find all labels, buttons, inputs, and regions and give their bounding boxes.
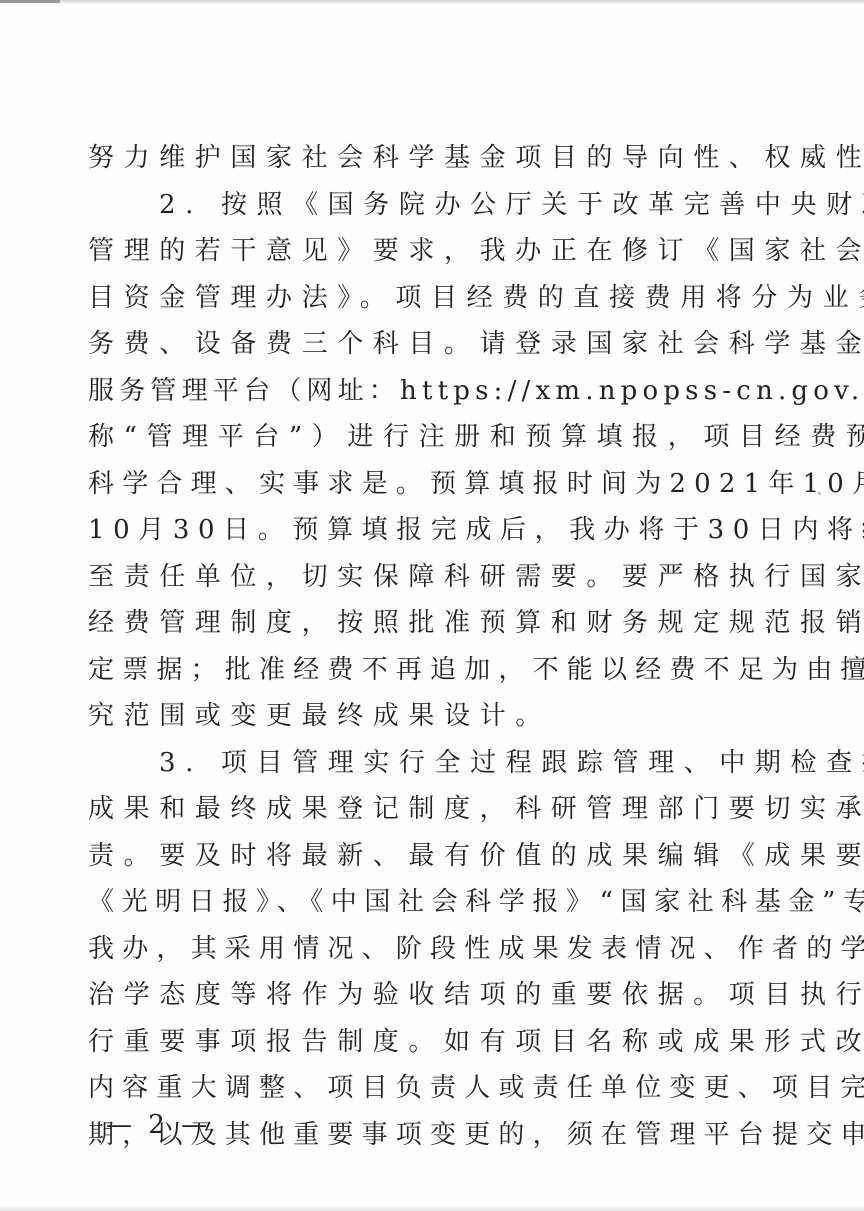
document-page: 努力维护国家社会科学基金项目的导向性、权威性和示范性。 2. 按照《国务院办公厅…	[0, 0, 864, 1211]
text-line: 定票据；批准经费不再追加，不能以经费不足为由擅自缩小研	[88, 647, 748, 694]
text-line: 目资金管理办法》。项目经费的直接费用将分为业务费、劳	[88, 275, 748, 322]
text-line: 称“管理平台”）进行注册和预算填报，项目经费预算编制应	[88, 414, 748, 461]
text-line: 10月30日。预算填报完成后，我办将于30日内将经费拨付	[88, 507, 748, 554]
text-line: 《光明日报》、《中国社会科学报》“国家社科基金”专刊稿报	[88, 879, 748, 926]
text-line: 服务管理平台（网址：https://xm.npopss-cn.gov.cn/，以…	[88, 368, 748, 415]
text-line: 科学合理、实事求是。预算填报时间为2021年10月15日-	[88, 461, 748, 508]
text-line: 至责任单位，切实保障科研需要。要严格执行国家有关科研	[88, 554, 748, 601]
scan-bottom-edge	[0, 1207, 864, 1211]
document-body: 努力维护国家社会科学基金项目的导向性、权威性和示范性。 2. 按照《国务院办公厅…	[88, 135, 748, 1158]
text-line: 究范围或变更最终成果设计。	[88, 693, 748, 740]
text-line: 经费管理制度，按照批准预算和财务规定规范报销支出和核	[88, 600, 748, 647]
page-number: — 2 —	[106, 1108, 211, 1142]
scan-top-edge	[0, 0, 864, 4]
text-line: 治学态度等将作为验收结项的重要依据。项目执行过程中实	[88, 972, 748, 1019]
text-line: 责。要及时将最新、最有价值的成果编辑《成果要报》稿或	[88, 833, 748, 880]
scan-top-edge-dark	[0, 0, 60, 3]
text-line: 行重要事项报告制度。如有项目名称或成果形式改变、研究	[88, 1019, 748, 1066]
text-line: 3. 项目管理实行全过程跟踪管理、中期检查报告、阶段性	[88, 740, 748, 787]
text-line: 管理的若干意见》要求，我办正在修订《国家社会科学基金项	[88, 228, 748, 275]
text-line: 我办，其采用情况、阶段性成果发表情况、作者的学风文风和	[88, 926, 748, 973]
text-line: 努力维护国家社会科学基金项目的导向性、权威性和示范性。	[88, 135, 748, 182]
text-line: 2. 按照《国务院办公厅关于改革完善中央财政科研经费	[88, 182, 748, 229]
text-line: 务费、设备费三个科目。请登录国家社会科学基金科研创新	[88, 321, 748, 368]
text-line: 内容重大调整、项目负责人或责任单位变更、项目完成时间延	[88, 1065, 748, 1112]
text-line: 成果和最终成果登记制度，科研管理部门要切实承担管理职	[88, 786, 748, 833]
